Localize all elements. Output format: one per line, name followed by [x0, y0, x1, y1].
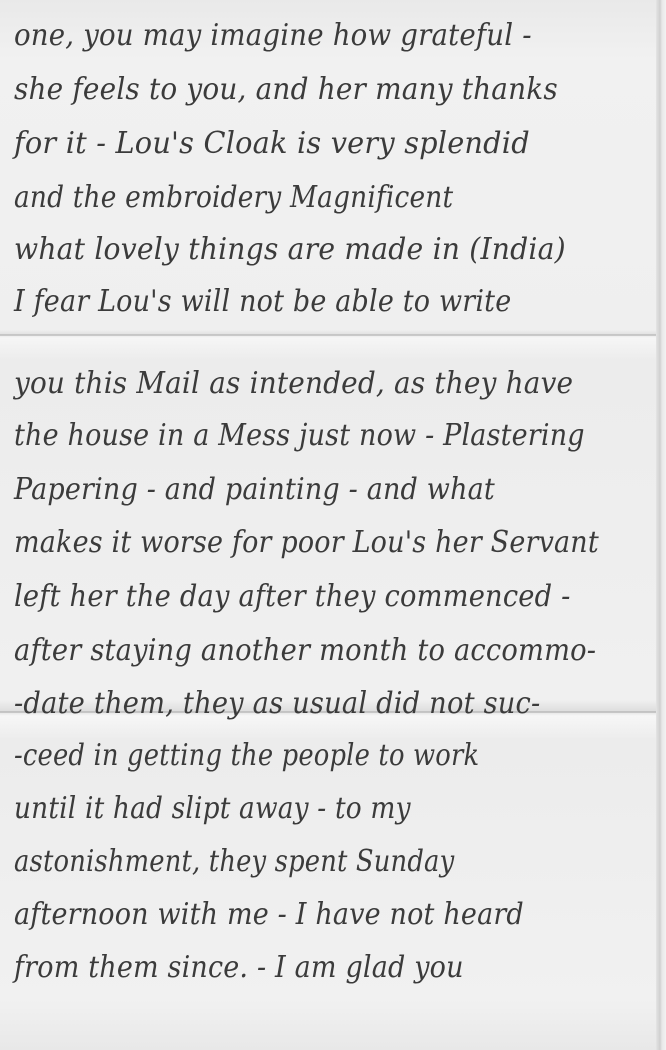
handwritten-line: left her the day after they commenced -	[14, 579, 571, 614]
handwritten-line: I fear Lou's will not be able to write	[14, 284, 511, 319]
handwritten-line: astonishment, they spent Sunday	[14, 844, 454, 879]
handwritten-line: the house in a Mess just now - Plasterin…	[14, 418, 585, 453]
handwritten-line: after staying another month to accommo-	[14, 633, 596, 668]
handwritten-line: one, you may imagine how grateful -	[14, 18, 532, 53]
handwritten-line: what lovely things are made in (India)	[14, 232, 566, 267]
handwritten-line: you this Mail as intended, as they have	[14, 366, 573, 401]
handwritten-line: makes it worse for poor Lou's her Servan…	[14, 525, 599, 560]
handwritten-line: for it - Lou's Cloak is very splendid	[14, 126, 530, 161]
handwritten-line: she feels to you, and her many thanks	[14, 72, 558, 107]
handwritten-line: from them since. - I am glad you	[14, 950, 464, 985]
handwritten-line: Papering - and painting - and what	[14, 472, 495, 507]
paper-right-edge	[656, 0, 666, 1050]
handwritten-line: until it had slipt away - to my	[14, 791, 411, 826]
handwritten-line: afternoon with me - I have not heard	[14, 897, 524, 932]
fold-line-upper	[0, 334, 666, 336]
handwritten-line: -date them, they as usual did not suc-	[14, 686, 540, 721]
handwritten-line: -ceed in getting the people to work	[14, 738, 479, 773]
handwritten-line: and the embroidery Magnificent	[14, 180, 453, 215]
